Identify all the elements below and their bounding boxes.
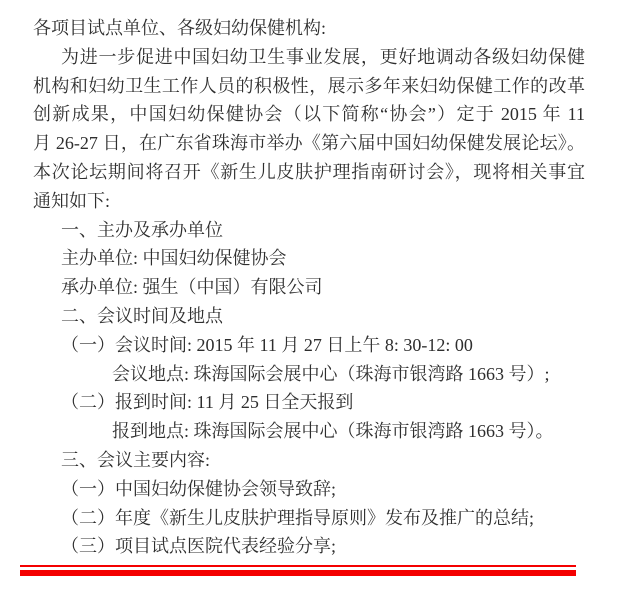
agenda-item-2: （二）年度《新生儿皮肤护理指导原则》发布及推广的总结; (33, 504, 585, 533)
document-page: 各项目试点单位、各级妇幼保健机构: 为进一步促进中国妇幼卫生事业发展，更好地调动… (0, 0, 619, 609)
section-3-heading: 三、会议主要内容: (33, 446, 585, 475)
red-divider-thick-line (20, 570, 576, 576)
meeting-venue-line: 会议地点: 珠海国际会展中心（珠海市银湾路 1663 号）; (33, 360, 585, 389)
organizer-line: 承办单位: 强生（中国）有限公司 (33, 273, 585, 302)
notice-text-block: 各项目试点单位、各级妇幼保健机构: 为进一步促进中国妇幼卫生事业发展，更好地调动… (0, 0, 619, 561)
agenda-item-3: （三）项目试点医院代表经验分享; (33, 532, 585, 561)
salutation-line: 各项目试点单位、各级妇幼保健机构: (33, 14, 585, 43)
intro-paragraph-line-2: 机构和妇幼卫生工作人员的积极性，展示多年来妇幼保健工作的改革 (33, 72, 585, 101)
registration-time-line: （二）报到时间: 11 月 25 日全天报到 (33, 388, 585, 417)
intro-paragraph-line-1: 为进一步促进中国妇幼卫生事业发展，更好地调动各级妇幼保健 (33, 43, 585, 72)
section-2-heading: 二、会议时间及地点 (33, 302, 585, 331)
footer-red-divider (20, 565, 576, 576)
intro-paragraph-line-4: 月 26-27 日，在广东省珠海市举办《第六届中国妇幼保健发展论坛》。 (33, 129, 585, 158)
intro-paragraph-line-5: 本次论坛期间将召开《新生儿皮肤护理指南研讨会》，现将相关事宜 (33, 158, 585, 187)
meeting-time-line: （一）会议时间: 2015 年 11 月 27 日上午 8: 30-12: 00 (33, 331, 585, 360)
section-1-heading: 一、主办及承办单位 (33, 216, 585, 245)
registration-venue-line: 报到地点: 珠海国际会展中心（珠海市银湾路 1663 号）。 (33, 417, 585, 446)
agenda-item-1: （一）中国妇幼保健协会领导致辞; (33, 475, 585, 504)
host-org-line: 主办单位: 中国妇幼保健协会 (33, 244, 585, 273)
intro-paragraph-line-6: 通知如下: (33, 187, 585, 216)
intro-paragraph-line-3: 创新成果，中国妇幼保健协会（以下简称“协会”）定于 2015 年 11 (33, 100, 585, 129)
